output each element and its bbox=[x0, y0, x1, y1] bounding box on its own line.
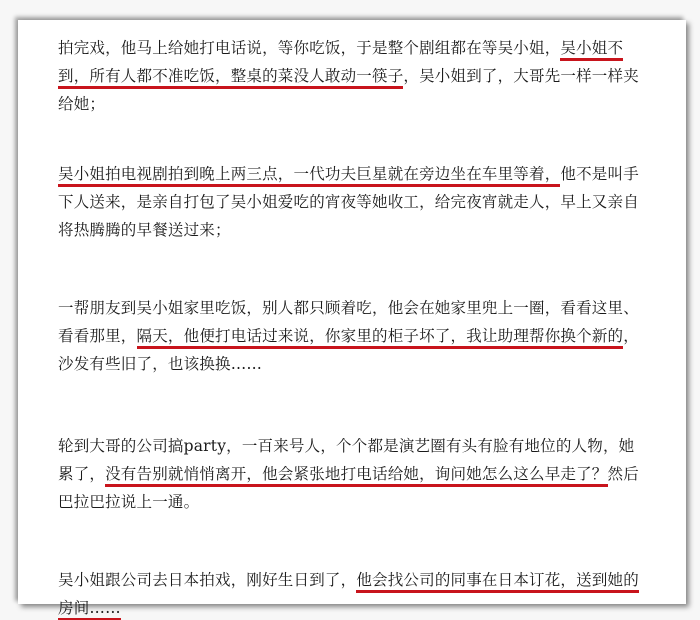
underlined-text-segment: 隔天，他便打电话过来说，你家里的柜子坏了，我让助理帮你换个新的 bbox=[137, 327, 624, 349]
paragraph-3: 一帮朋友到吴小姐家里吃饭，别人都只顾着吃，他会在她家里兜上一圈，看看这里、看看那… bbox=[58, 294, 648, 378]
text-segment: 拍完戏，他马上给她打电话说，等你吃饭，于是整个剧组都在等吴小姐， bbox=[58, 39, 560, 57]
underlined-text-segment: 吴小姐拍电视剧拍到晚上两三点，一代功夫巨星就在旁边坐在车里等着， bbox=[58, 165, 560, 187]
paragraph-1: 拍完戏，他马上给她打电话说，等你吃饭，于是整个剧组都在等吴小姐，吴小姐不到，所有… bbox=[58, 34, 648, 118]
paragraph-2: 吴小姐拍电视剧拍到晚上两三点，一代功夫巨星就在旁边坐在车里等着，他不是叫手下人送… bbox=[58, 160, 648, 244]
paragraph-4: 轮到大哥的公司搞party，一百来号人，个个都是演艺圈有头有脸有地位的人物，她累… bbox=[58, 432, 648, 516]
text-segment: 吴小姐跟公司去日本拍戏，刚好生日到了， bbox=[58, 571, 356, 589]
paragraph-5: 吴小姐跟公司去日本拍戏，刚好生日到了，他会找公司的同事在日本订花，送到她的房间…… bbox=[58, 566, 648, 620]
document-page: 拍完戏，他马上给她打电话说，等你吃饭，于是整个剧组都在等吴小姐，吴小姐不到，所有… bbox=[18, 20, 686, 604]
underlined-text-segment: 没有告别就悄悄离开，他会紧张地打电话给她，询问她怎么这么早走了？ bbox=[105, 465, 607, 487]
